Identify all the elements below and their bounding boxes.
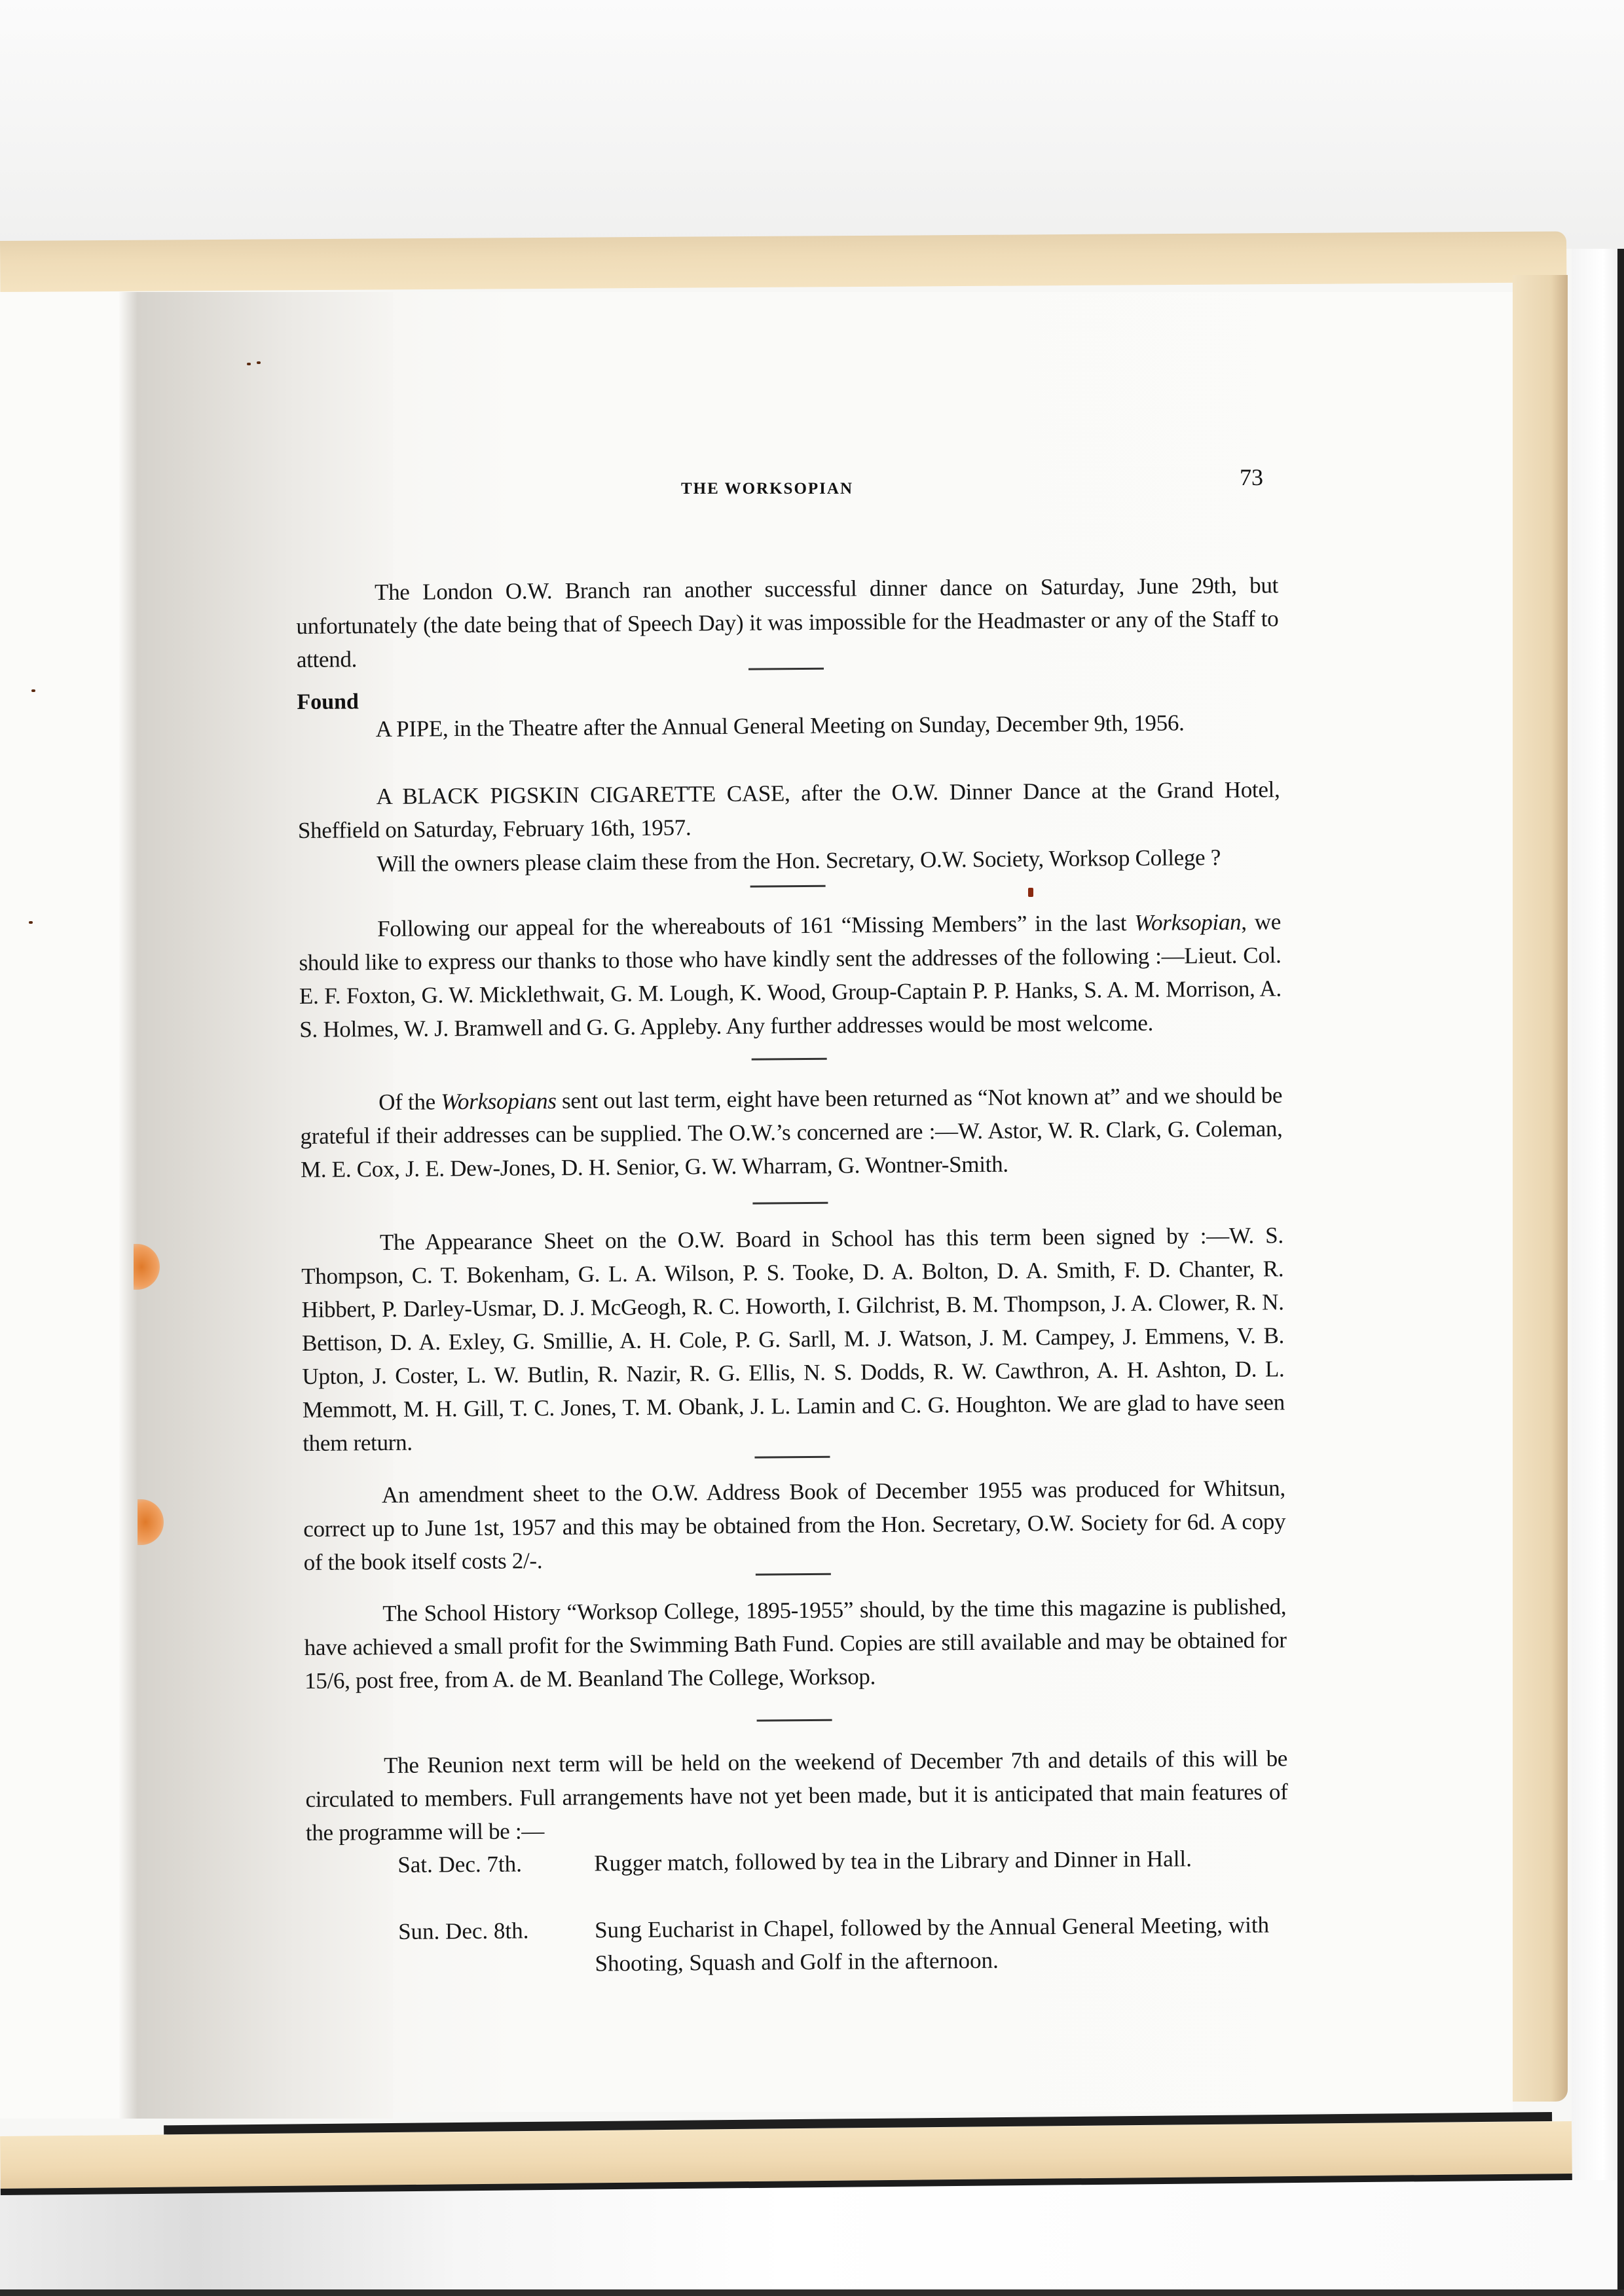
programme-day: Sun. Dec. 8th.: [398, 1914, 595, 1948]
programme-row: Sun. Dec. 8th. Sung Eucharist in Chapel,…: [398, 1908, 1289, 1982]
scanner-background-bottom: [0, 2180, 1624, 2296]
scanner-edge-bottom: [0, 2289, 1624, 2296]
paragraph-text: The School History “Worksop College, 189…: [304, 1594, 1287, 1694]
section-heading-found: Found: [297, 689, 359, 715]
paragraph-text: Will the owners please claim these from …: [377, 845, 1221, 877]
paragraph-text: A BLACK PIGSKIN CIGARETTE CASE, after th…: [298, 776, 1280, 843]
speck-mark: [31, 689, 35, 692]
italic-title: Worksopian: [1134, 909, 1241, 936]
paragraph-returned-worksopians: Of the Worksopians sent out last term, e…: [300, 1078, 1283, 1186]
programme-day: Sat. Dec. 7th.: [397, 1847, 594, 1882]
programme-description: Sung Eucharist in Chapel, followed by th…: [595, 1908, 1270, 1980]
left-page-edge: [0, 292, 124, 2119]
paragraph-text: An amendment sheet to the O.W. Address B…: [303, 1475, 1285, 1575]
ink-mark: [1028, 888, 1033, 897]
programme-description: Rugger match, followed by tea in the Lib…: [594, 1841, 1268, 1880]
paragraph-text: Of the: [378, 1089, 441, 1115]
paragraph-text: The Reunion next term will be held on th…: [305, 1745, 1287, 1846]
paragraph-text: A PIPE, in the Theatre after the Annual …: [376, 710, 1185, 742]
paragraph-london-branch: The London O.W. Branch ran another succe…: [296, 568, 1279, 676]
paragraph-text: The Appearance Sheet on the O.W. Board i…: [301, 1222, 1285, 1456]
italic-title: Worksopians: [441, 1088, 557, 1114]
paragraph-appearance-sheet: The Appearance Sheet on the O.W. Board i…: [301, 1218, 1285, 1460]
paragraph-reunion: The Reunion next term will be held on th…: [305, 1741, 1288, 1850]
scanner-edge-right: [1617, 249, 1624, 2296]
running-head: THE WORKSOPIAN: [681, 480, 853, 498]
page-number: 73: [1240, 464, 1263, 491]
paragraph-text: Following our appeal for the whereabouts…: [377, 910, 1135, 941]
book-cover-top-edge: [0, 231, 1566, 292]
speck-mark: [247, 363, 251, 365]
paragraph-amendment-sheet: An amendment sheet to the O.W. Address B…: [303, 1471, 1286, 1579]
paragraph-school-history: The School History “Worksop College, 189…: [304, 1590, 1287, 1698]
speck-mark: [257, 361, 261, 364]
paragraph-found-case: A BLACK PIGSKIN CIGARETTE CASE, after th…: [297, 773, 1280, 847]
paragraph-text: The London O.W. Branch ran another succe…: [296, 572, 1278, 672]
programme-row: Sat. Dec. 7th. Rugger match, followed by…: [397, 1841, 1289, 1915]
paragraph-missing-members: Following our appeal for the whereabouts…: [299, 905, 1282, 1046]
scanner-background-right: [1572, 249, 1624, 2180]
scanner-background-top: [0, 0, 1624, 249]
book-cover-right-edge: [1513, 275, 1568, 2102]
speck-mark: [29, 921, 33, 924]
